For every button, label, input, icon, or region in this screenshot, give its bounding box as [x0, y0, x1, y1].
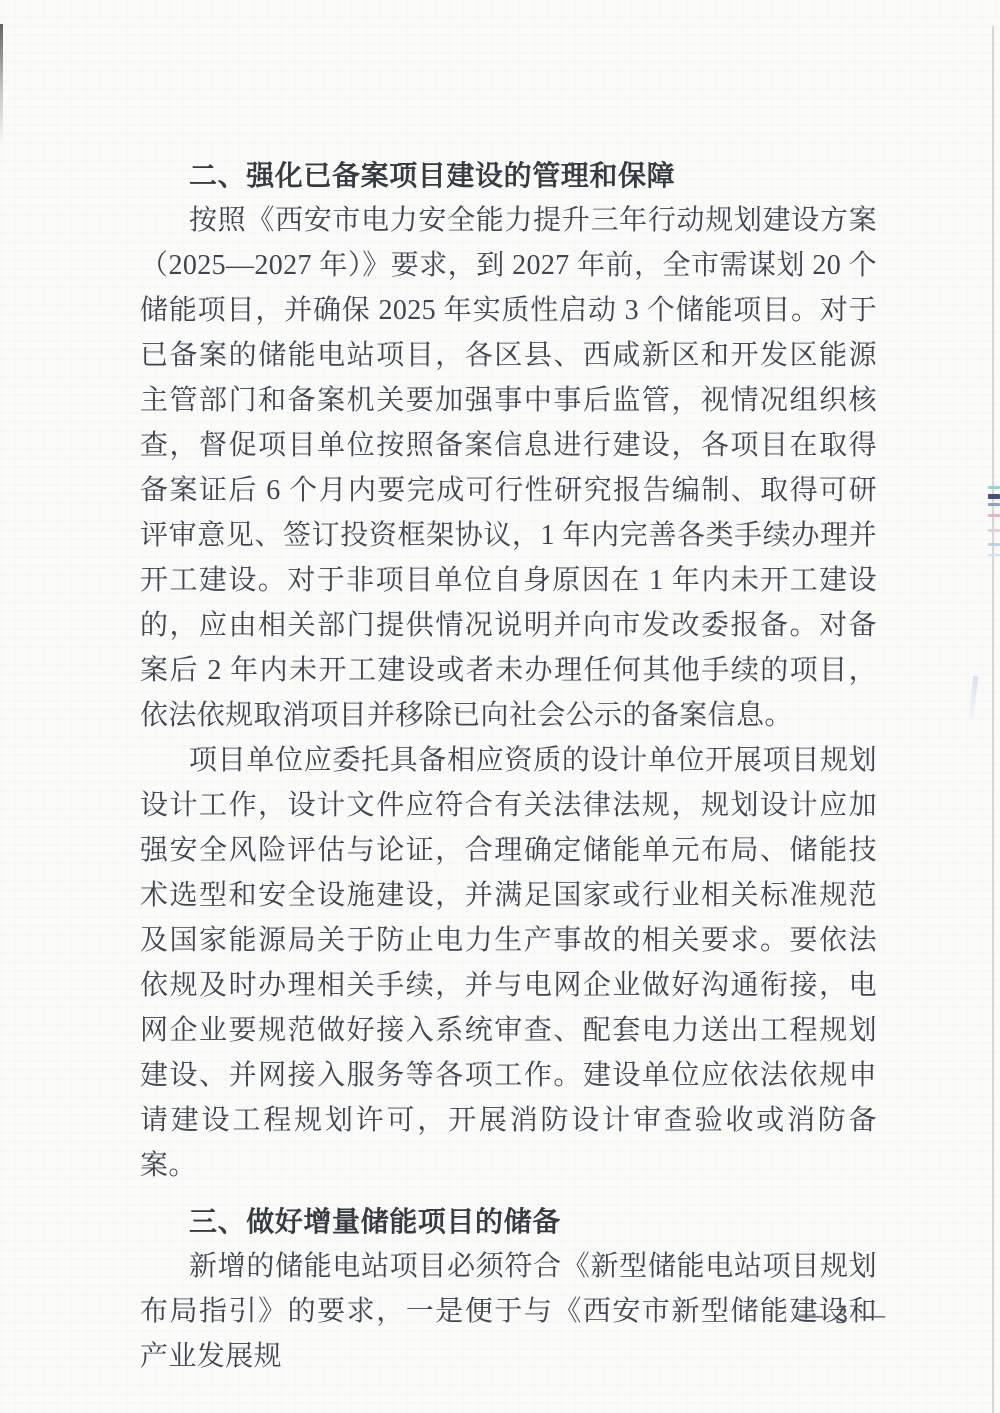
scan-edge-smudge: [0, 24, 3, 144]
scan-color-streak: [988, 514, 1000, 517]
scan-color-streak: [988, 554, 1000, 556]
section-heading-3: 三、做好增量储能项目的储备: [140, 1199, 877, 1244]
scanned-document-page: 二、强化已备案项目建设的管理和保障 按照《西安市电力安全能力提升三年行动规划建设…: [0, 0, 1000, 1413]
scan-color-streak: [988, 486, 1000, 489]
paragraph-registered-project-management: 按照《西安市电力安全能力提升三年行动规划建设方案（2025—2027 年）》要求…: [140, 198, 877, 738]
scan-color-streaks: [988, 0, 1000, 1413]
section-heading-2: 二、强化已备案项目建设的管理和保障: [140, 153, 877, 198]
scan-color-streak: [988, 543, 1000, 546]
paragraph-new-project-reserve: 新增的储能电站项目必须符合《新型储能电站项目规划布局指引》的要求，一是便于与《西…: [140, 1244, 877, 1379]
scan-color-streak: [988, 503, 1000, 506]
page-number: — 3 —: [798, 1302, 888, 1330]
document-body: 二、强化已备案项目建设的管理和保障 按照《西安市电力安全能力提升三年行动规划建设…: [140, 153, 877, 1379]
paragraph-design-and-grid-requirements: 项目单位应委托具备相应资质的设计单位开展项目规划设计工作，设计文件应符合有关法律…: [140, 738, 877, 1188]
scan-faint-mark: [969, 676, 978, 718]
scan-color-streak: [988, 529, 1000, 532]
scan-color-streak: [988, 494, 1000, 499]
